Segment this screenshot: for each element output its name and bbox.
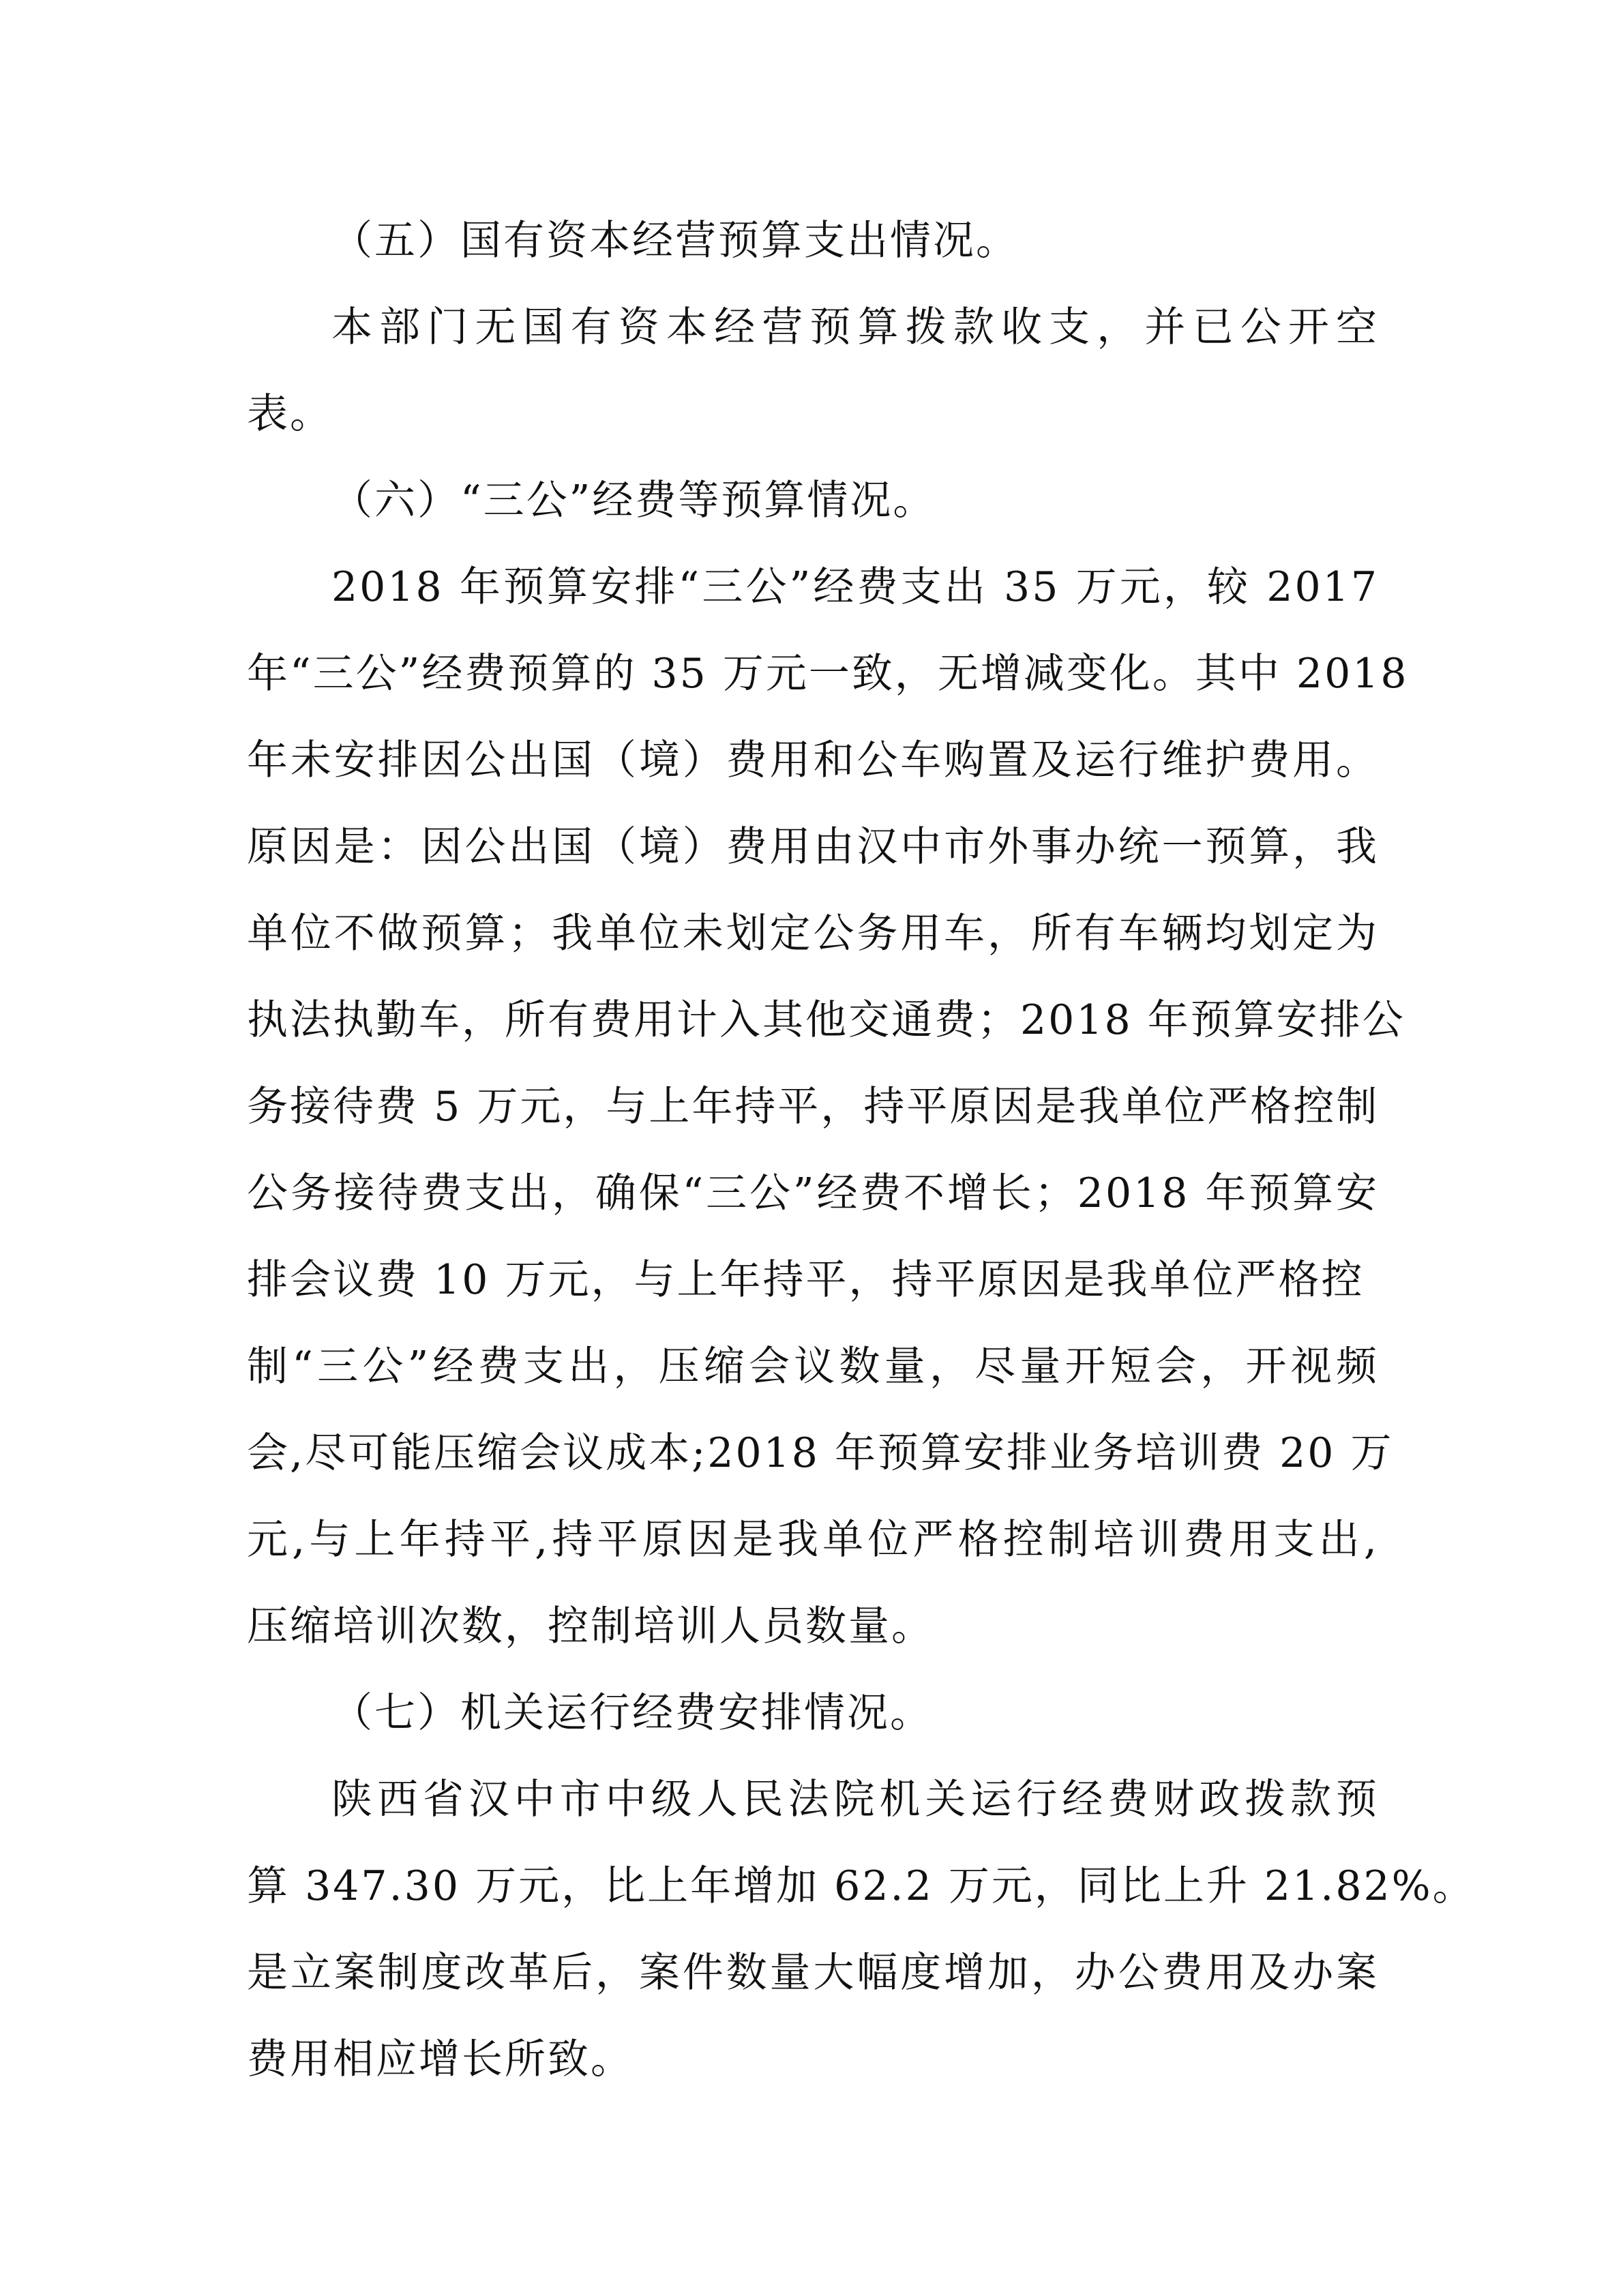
- paragraph-line: 制“三公”经费支出，压缩会议数量，尽量开短会，开视频: [247, 1343, 1379, 1390]
- section-heading-7: （七）机关运行经费安排情况。: [331, 1689, 933, 1737]
- paragraph-line: 表。: [247, 390, 333, 438]
- section-heading-5: （五）国有资本经营预算支出情况。: [331, 217, 1019, 265]
- paragraph-line: 排会议费 10 万元，与上年持平，持平原因是我单位严格控: [247, 1256, 1352, 1304]
- paragraph-line: 压缩培训次数，控制培训人员数量。: [247, 1602, 934, 1650]
- paragraph-line: 2018 年预算安排“三公”经费支出 35 万元，较 2017: [331, 563, 1379, 611]
- paragraph-line: 年未安排因公出国（境）费用和公车购置及运行维护费用。: [247, 736, 1379, 784]
- paragraph-line: 年“三公”经费预算的 35 万元一致，无增减变化。其中 2018: [247, 650, 1379, 698]
- paragraph-line: 单位不做预算；我单位未划定公务用车，所有车辆均划定为: [247, 910, 1379, 957]
- paragraph-line: 务接待费 5 万元，与上年持平，持平原因是我单位严格控制: [247, 1083, 1379, 1131]
- paragraph-line: 执法执勤车，所有费用计入其他交通费；2018 年预算安排公: [247, 996, 1379, 1044]
- paragraph-line: 本部门无国有资本经营预算拨款收支，并已公开空: [331, 303, 1379, 351]
- paragraph-line: 原因是：因公出国（境）费用由汉中市外事办统一预算，我: [247, 823, 1379, 871]
- paragraph-line: 公务接待费支出，确保“三公”经费不增长；2018 年预算安: [247, 1169, 1379, 1217]
- paragraph-line: 元,与上年持平,持平原因是我单位严格控制培训费用支出,: [247, 1516, 1379, 1564]
- paragraph-line: 是立案制度改革后，案件数量大幅度增加，办公费用及办案: [247, 1949, 1379, 1997]
- paragraph-line: 算 347.30 万元，比上年增加 62.2 万元，同比上升 21.82%。: [247, 1862, 1379, 1910]
- paragraph-line: 陕西省汉中市中级人民法院机关运行经费财政拨款预: [331, 1776, 1379, 1823]
- paragraph-line: 费用相应增长所致。: [247, 2036, 634, 2083]
- paragraph-line: 会,尽可能压缩会议成本;2018 年预算安排业务培训费 20 万: [247, 1429, 1379, 1477]
- section-heading-6: （六）“三公”经费等预算情况。: [331, 477, 936, 524]
